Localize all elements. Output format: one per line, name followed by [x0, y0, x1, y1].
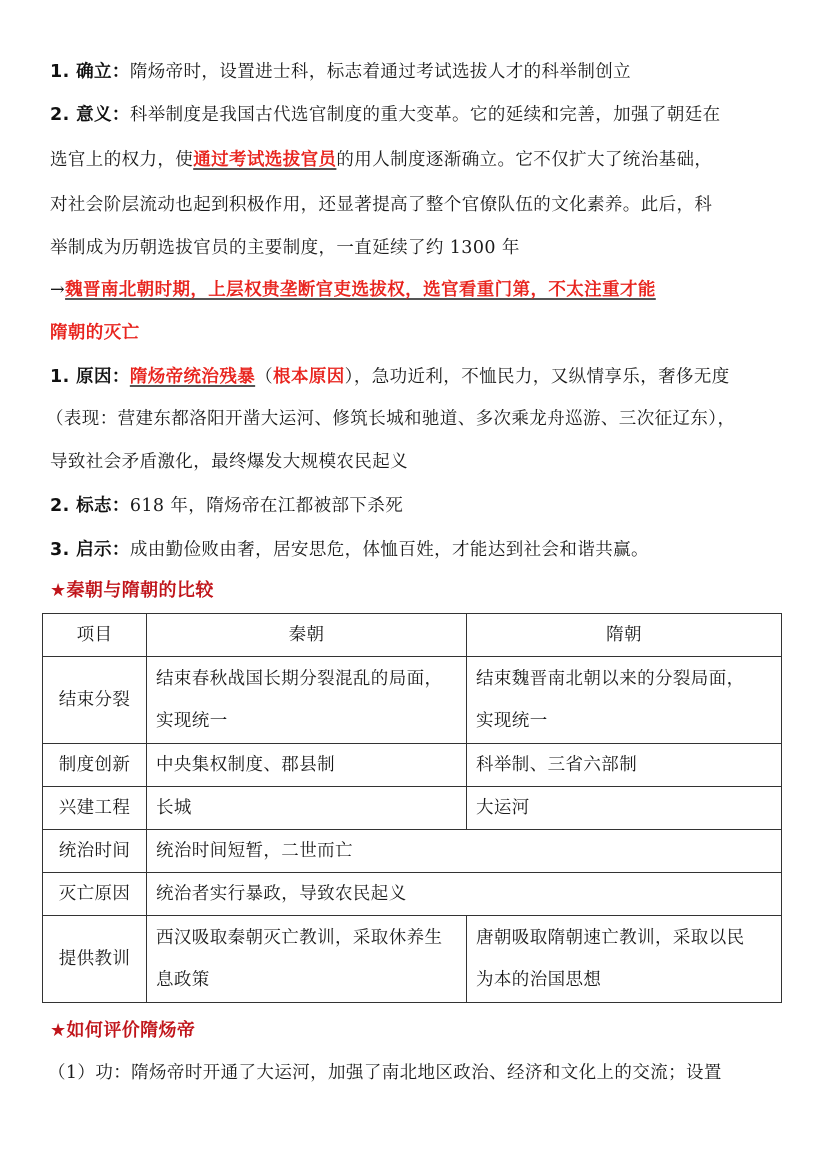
cell-line: 西汉吸取秦朝灭亡教训，采取休养生 [156, 917, 457, 959]
arrow-icon: → [50, 280, 65, 300]
sui-cell: 唐朝吸取隋朝速亡教训，采取以民为本的治国思想 [467, 916, 782, 1003]
significance-highlight: 通过考试选拔官员 [193, 150, 336, 170]
paren-open: （ [255, 367, 273, 387]
lesson-text: 成由勤俭败由奢，居安思危，体恤百姓，才能达到社会和谐共赢。 [130, 540, 649, 560]
establish-paragraph: 1. 确立：隋炀帝时，设置进士科，标志着通过考试选拔人才的科举制创立 [50, 58, 631, 86]
sui-cell: 科举制、三省六部制 [467, 744, 782, 787]
table-row: 灭亡原因 统治者实行暴政，导致农民起义 [43, 873, 782, 916]
cell-line: 为本的治国思想 [476, 959, 772, 1001]
table-row: 结束分裂 结束春秋战国长期分裂混乱的局面，实现统一 结束魏晋南北朝以来的分裂局面… [43, 657, 782, 744]
root-cause-label: 根本原因 [273, 367, 345, 387]
evaluation-line-1: （1）功：隋炀帝时开通了大运河，加强了南北地区政治、经济和文化上的交流；设置 [48, 1059, 722, 1087]
establish-label: 1. 确立： [50, 62, 130, 82]
fall-heading: 隋朝的灭亡 [50, 319, 140, 347]
table-row: 提供教训 西汉吸取秦朝灭亡教训，采取休养生息政策 唐朝吸取隋朝速亡教训，采取以民… [43, 916, 782, 1003]
row-label: 结束分裂 [43, 657, 147, 744]
cell-line: 结束魏晋南北朝以来的分裂局面， [476, 658, 772, 700]
significance-line-2: 选官上的权力，使通过考试选拔官员的用人制度逐渐确立。它不仅扩大了统治基础， [50, 146, 712, 174]
cause-rest: ，急功近利，不恤民力，又纵情享乐，奢侈无度 [354, 367, 730, 387]
row-label: 提供教训 [43, 916, 147, 1003]
qin-cell: 中央集权制度、郡县制 [147, 744, 467, 787]
sign-text: 618 年，隋炀帝在江都被部下杀死 [130, 496, 403, 516]
arrow-note-text: 魏晋南北朝时期，上层权贵垄断官吏选拔权，选官看重门第，不太注重才能 [65, 280, 656, 300]
arrow-note: →魏晋南北朝时期，上层权贵垄断官吏选拔权，选官看重门第，不太注重才能 [50, 276, 656, 304]
evaluation-heading: ★如何评价隋炀帝 [50, 1017, 195, 1045]
cell-line: 息政策 [156, 959, 457, 1001]
cause-highlight: 隋炀帝统治残暴 [130, 367, 255, 387]
table-header-row: 项目 秦朝 隋朝 [43, 614, 782, 657]
header-sui: 隋朝 [467, 614, 782, 657]
significance-line-3: 对社会阶层流动也起到积极作用，还显著提高了整个官僚队伍的文化素养。此后，科 [50, 191, 712, 219]
significance-line-1: 2. 意义：科举制度是我国古代选官制度的重大变革。它的延续和完善，加强了朝廷在 [50, 101, 721, 129]
cause-line-3: 导致社会矛盾激化，最终爆发大规模农民起义 [50, 448, 408, 476]
header-item: 项目 [43, 614, 147, 657]
merged-cell: 统治时间短暂，二世而亡 [147, 830, 782, 873]
significance-line-4: 举制成为历朝选拔官员的主要制度，一直延续了约 1300 年 [50, 234, 520, 262]
significance-text-2b: 的用人制度逐渐确立。它不仅扩大了统治基础， [336, 150, 712, 170]
lesson-label: 3. 启示： [50, 540, 130, 560]
row-label: 统治时间 [43, 830, 147, 873]
cell-line: 实现统一 [476, 700, 772, 742]
table-row: 制度创新 中央集权制度、郡县制 科举制、三省六部制 [43, 744, 782, 787]
sui-cell: 结束魏晋南北朝以来的分裂局面，实现统一 [467, 657, 782, 744]
significance-text-2a: 选官上的权力，使 [50, 150, 193, 170]
cell-line: 唐朝吸取隋朝速亡教训，采取以民 [476, 917, 772, 959]
header-qin: 秦朝 [147, 614, 467, 657]
cause-line-2: （表现：营建东都洛阳开凿大运河、修筑长城和驰道、多次乘龙舟巡游、三次征辽东）， [46, 405, 735, 433]
row-label: 制度创新 [43, 744, 147, 787]
sui-cell: 大运河 [467, 787, 782, 830]
significance-text-1: 科举制度是我国古代选官制度的重大变革。它的延续和完善，加强了朝廷在 [130, 105, 721, 125]
paren-close: ） [345, 367, 354, 387]
table-row: 统治时间 统治时间短暂，二世而亡 [43, 830, 782, 873]
row-label: 兴建工程 [43, 787, 147, 830]
cell-line: 结束春秋战国长期分裂混乱的局面， [156, 658, 457, 700]
cause-line-1: 1. 原因：隋炀帝统治残暴（根本原因），急功近利，不恤民力，又纵情享乐，奢侈无度 [50, 363, 730, 391]
significance-label: 2. 意义： [50, 105, 130, 125]
qin-cell: 西汉吸取秦朝灭亡教训，采取休养生息政策 [147, 916, 467, 1003]
qin-cell: 结束春秋战国长期分裂混乱的局面，实现统一 [147, 657, 467, 744]
cell-line: 实现统一 [156, 700, 457, 742]
table-row: 兴建工程 长城 大运河 [43, 787, 782, 830]
sign-label: 2. 标志： [50, 496, 130, 516]
qin-cell: 长城 [147, 787, 467, 830]
sign-paragraph: 2. 标志：618 年，隋炀帝在江都被部下杀死 [50, 492, 403, 520]
qin-sui-comparison-table: 项目 秦朝 隋朝 结束分裂 结束春秋战国长期分裂混乱的局面，实现统一 结束魏晋南… [42, 613, 782, 1003]
comparison-heading: ★秦朝与隋朝的比较 [50, 577, 214, 605]
establish-text: 隋炀帝时，设置进士科，标志着通过考试选拔人才的科举制创立 [130, 62, 631, 82]
lesson-paragraph: 3. 启示：成由勤俭败由奢，居安思危，体恤百姓，才能达到社会和谐共赢。 [50, 536, 649, 564]
cause-label: 1. 原因： [50, 367, 130, 387]
row-label: 灭亡原因 [43, 873, 147, 916]
merged-cell: 统治者实行暴政，导致农民起义 [147, 873, 782, 916]
